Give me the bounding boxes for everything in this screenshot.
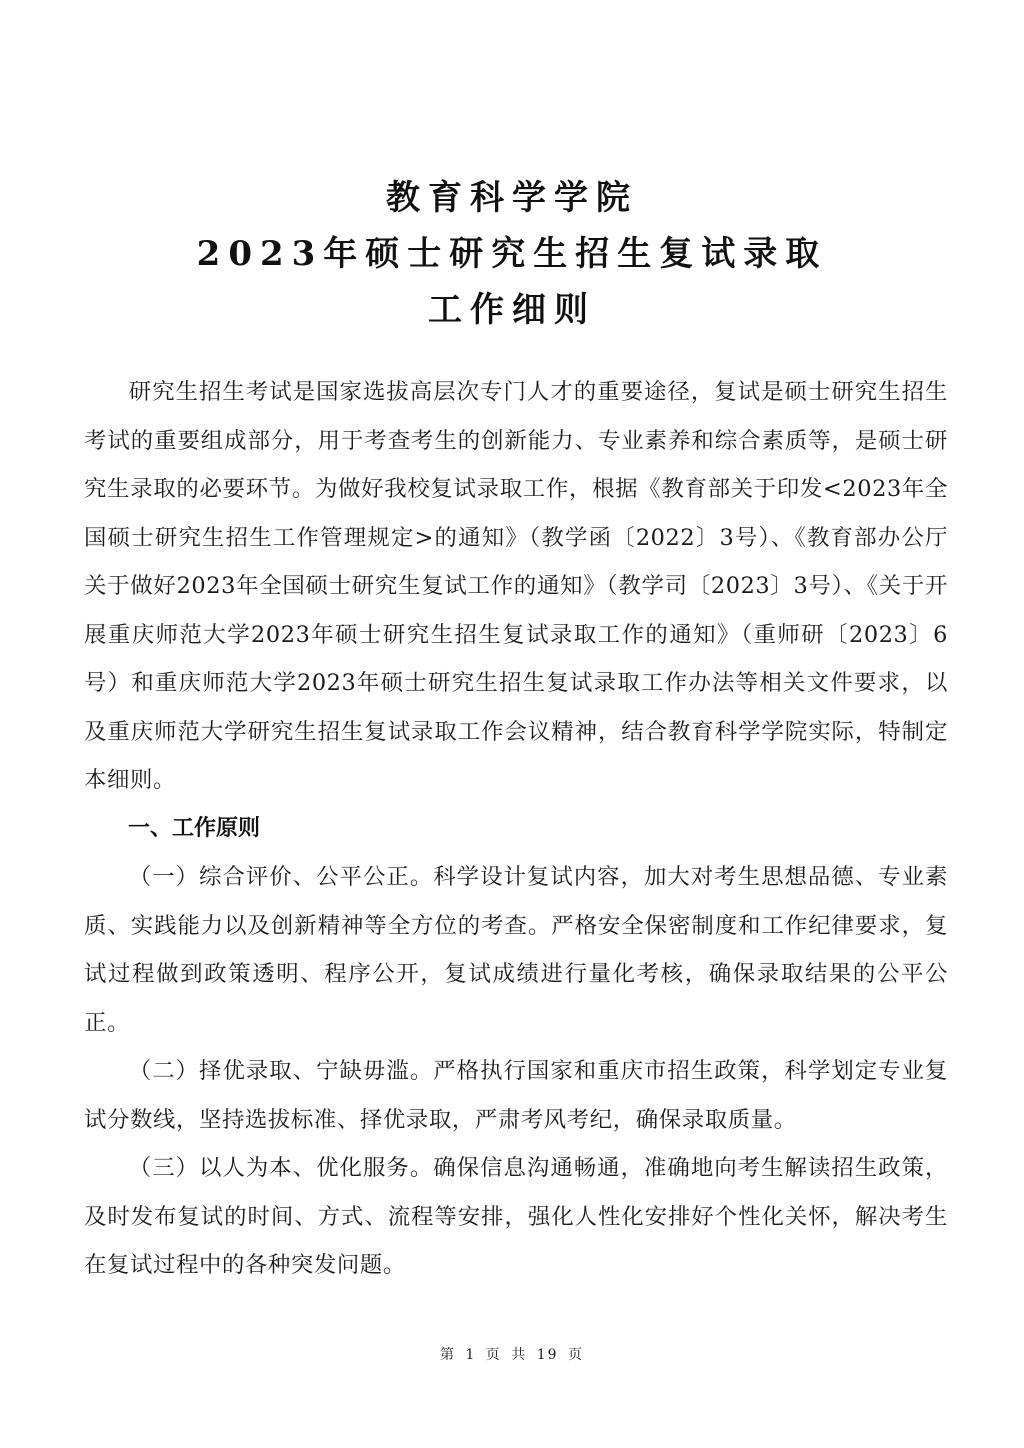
principle-paragraph-2: （二）择优录取、宁缺毋滥。严格执行国家和重庆市招生政策，科学划定专业复试分数线，… [84, 1047, 948, 1144]
intro-paragraph: 研究生招生考试是国家选拔高层次专门人才的重要途径，复试是硕士研究生招生考试的重要… [84, 368, 948, 805]
document-body: 研究生招生考试是国家选拔高层次专门人才的重要途径，复试是硕士研究生招生考试的重要… [84, 368, 948, 1290]
principle-paragraph-3: （三）以人为本、优化服务。确保信息沟通畅通，准确地向考生解读招生政策，及时发布复… [84, 1144, 948, 1290]
page-footer: 第 1 页 共 19 页 [0, 1344, 1024, 1364]
document-title: 教育科学学院 2023年硕士研究生招生复试录取 工作细则 [0, 170, 1024, 338]
title-line-rules: 工作细则 [0, 282, 1024, 338]
section-heading-principles: 一、工作原则 [84, 805, 948, 854]
document-page: 教育科学学院 2023年硕士研究生招生复试录取 工作细则 研究生招生考试是国家选… [0, 0, 1024, 1448]
principle-paragraph-1: （一）综合评价、公平公正。科学设计复试内容，加大对考生思想品德、专业素质、实践能… [84, 853, 948, 1047]
title-line-college: 教育科学学院 [0, 170, 1024, 226]
title-line-subject: 2023年硕士研究生招生复试录取 [0, 226, 1024, 282]
